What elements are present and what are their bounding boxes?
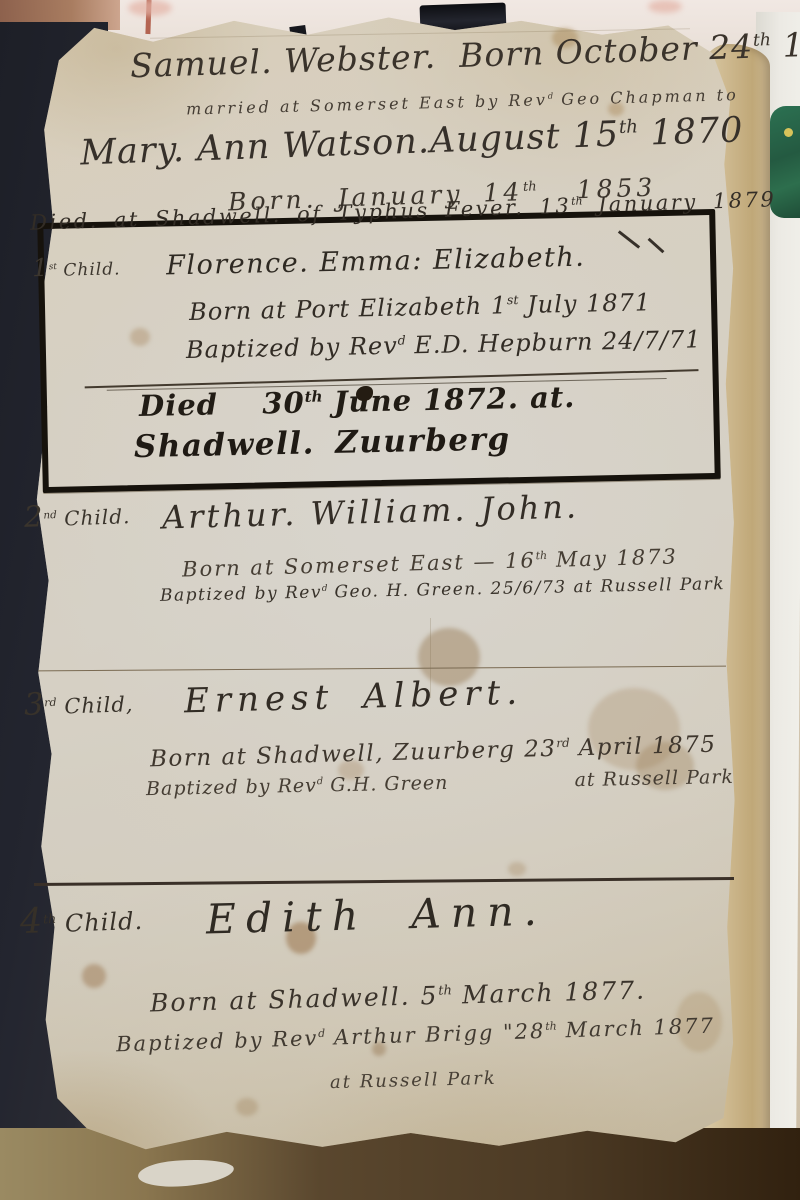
- pink-smudge: [648, 0, 682, 13]
- child-1-name: Florence. Emma: Elizabeth.: [166, 244, 586, 281]
- child-3-ordinal: 3rd Child,: [23, 686, 133, 722]
- child-3-baptized-right: at Russell Park: [574, 768, 734, 791]
- child-3-name: Ernest Albert.: [184, 676, 524, 721]
- first-child-box: 1st Child. Florence. Emma: Elizabeth. Bo…: [37, 209, 721, 493]
- child-1-died-line: Died 30th June 1872. at.: [139, 382, 576, 422]
- child-1-died-place: Shadwell. Zuurberg: [134, 423, 511, 463]
- photo-canvas: Samuel. Webster. Born October 24th 184 m…: [0, 0, 800, 1200]
- child-4-name: Edith Ann.: [205, 890, 547, 942]
- child-1-born-line: Born at Port Elizabeth 1st July 1871: [189, 290, 652, 325]
- stain: [236, 1098, 258, 1116]
- child-2-ordinal: 2nd Child.: [24, 498, 131, 532]
- child-1-baptized-line: Baptized by Revd E.D. Hepburn 24/7/71: [186, 327, 702, 363]
- stain: [82, 964, 106, 988]
- green-ribbon-dot: [784, 128, 793, 137]
- child-4-ordinal: 4th Child.: [19, 900, 143, 941]
- child-1-ordinal: 1st Child.: [32, 253, 121, 281]
- pink-smudge: [128, 0, 172, 16]
- stain: [508, 862, 526, 876]
